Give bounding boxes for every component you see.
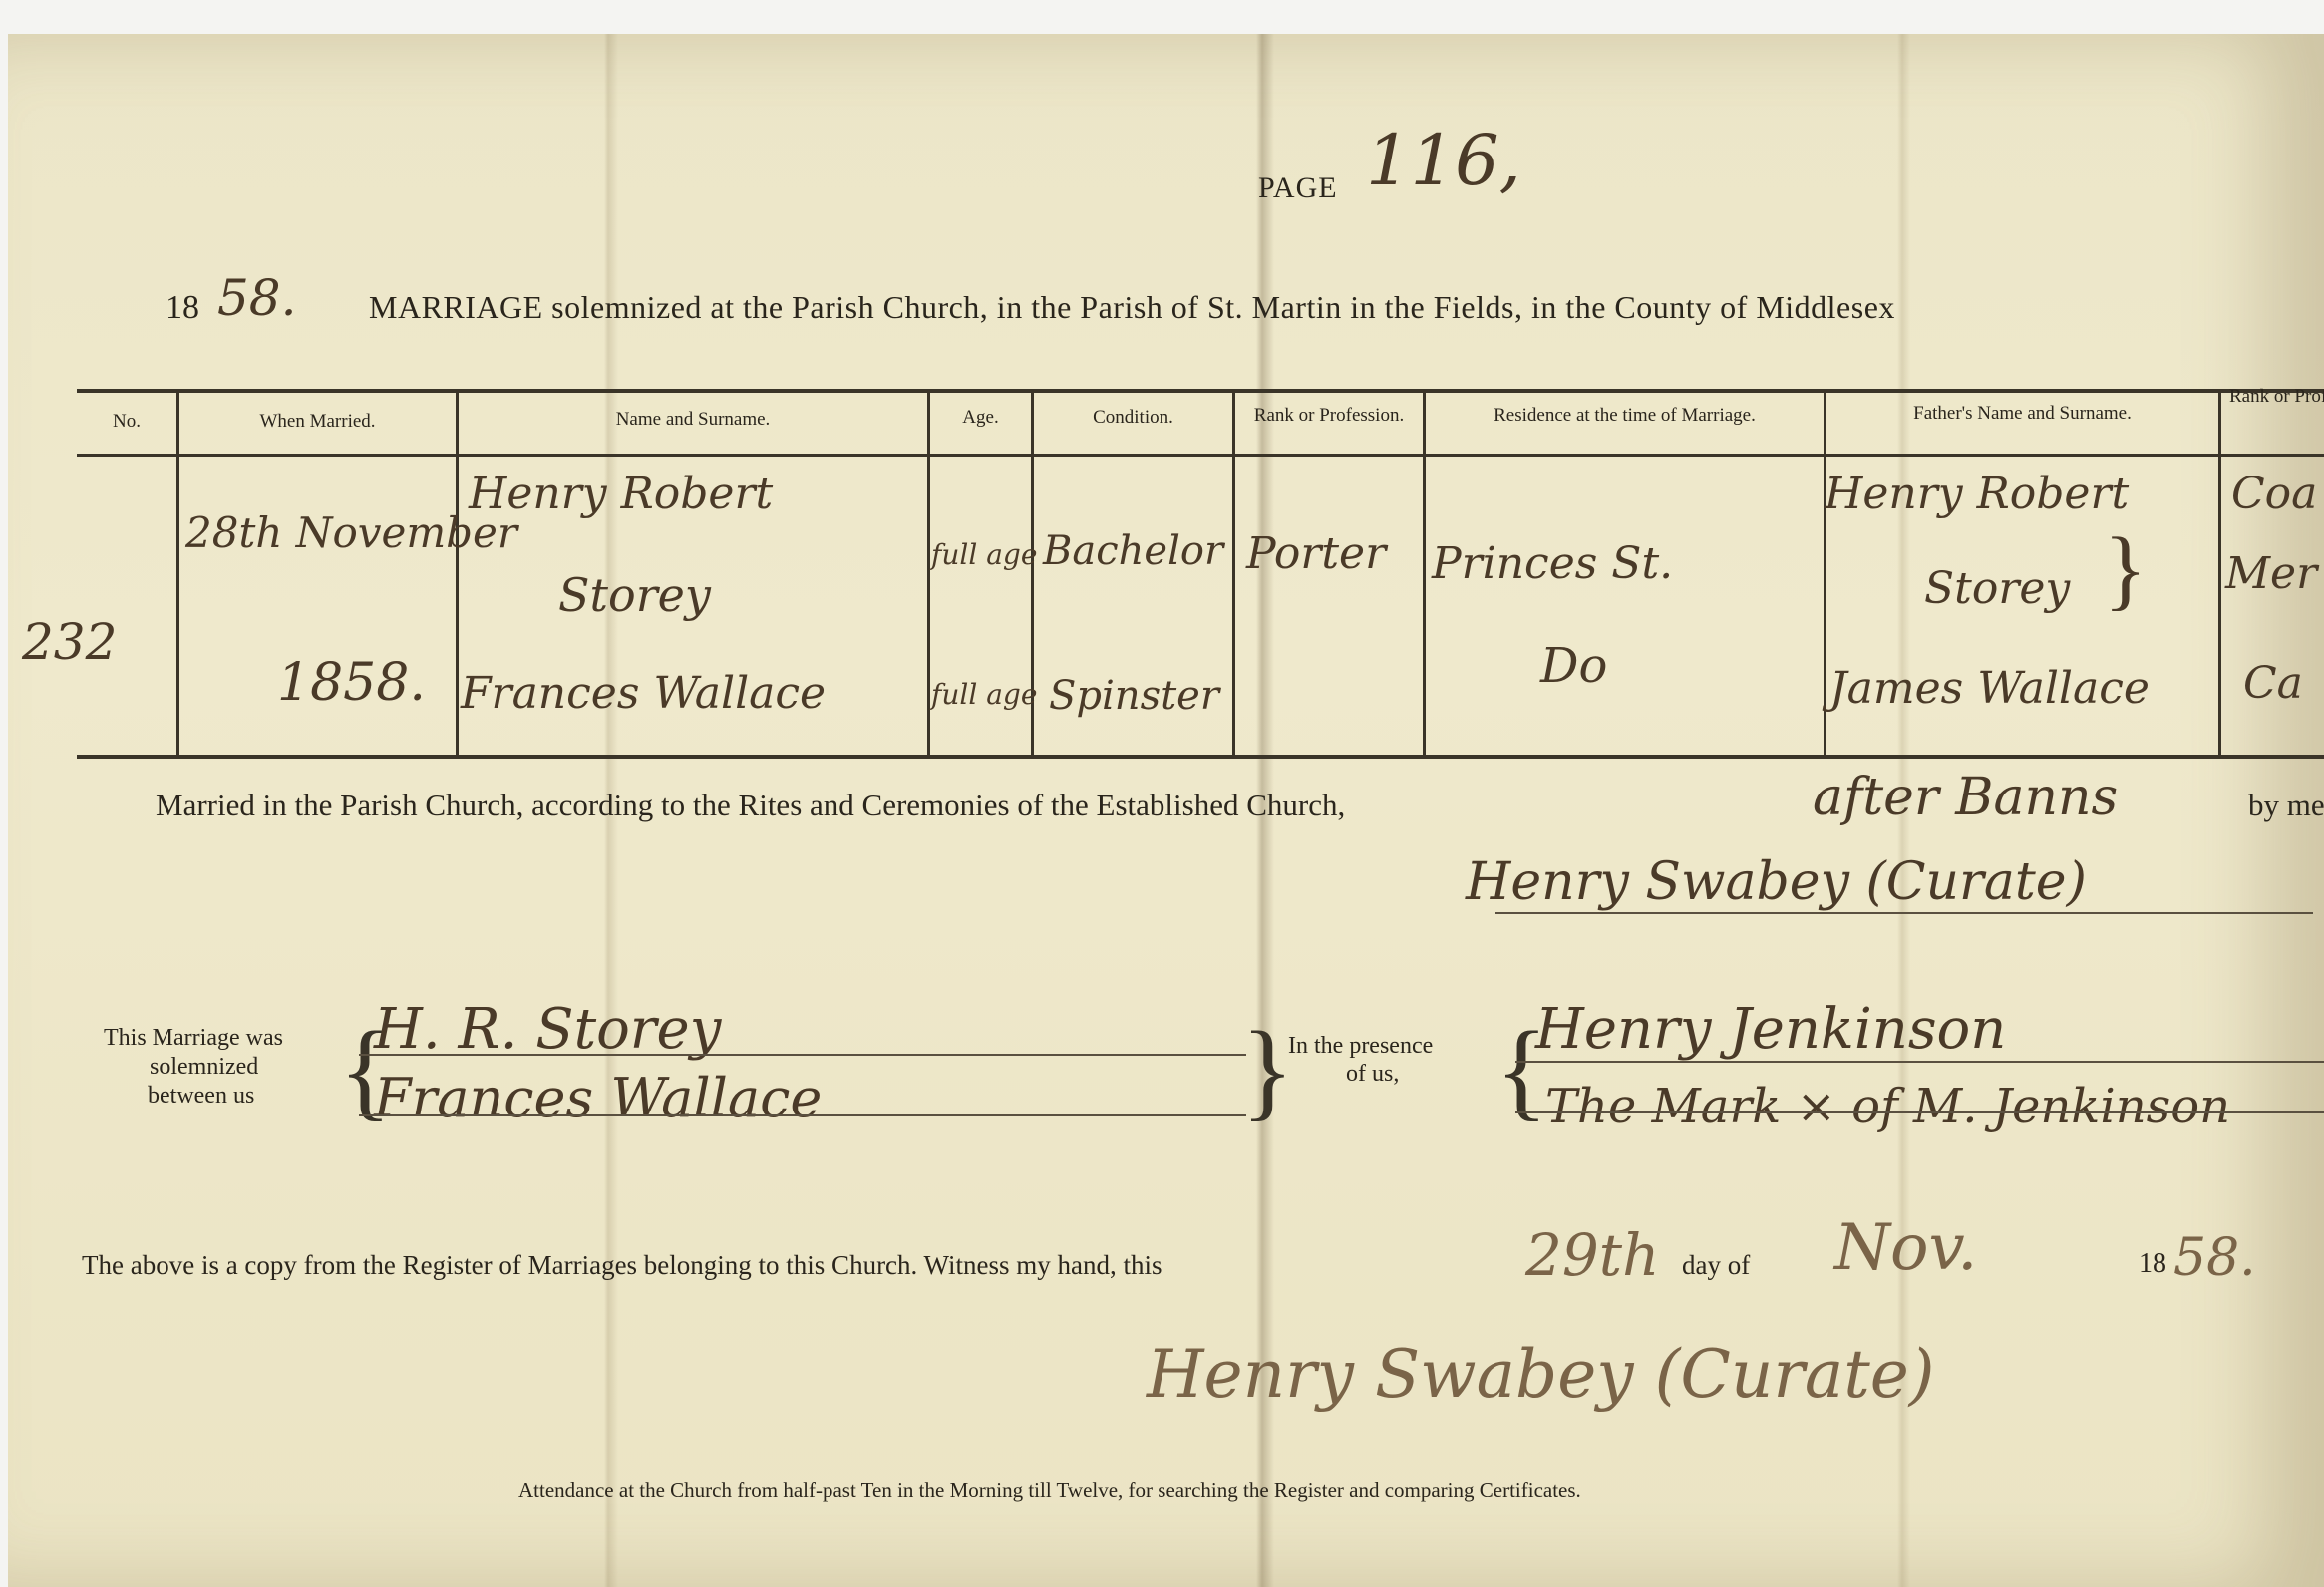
groom-age: full age (931, 538, 1037, 571)
groom-father-line1: Henry Robert (1825, 469, 2129, 519)
bride-age: full age (931, 678, 1037, 711)
groom-signature: H. R. Storey (374, 997, 721, 1062)
table-header-rule (77, 454, 2324, 457)
header-rank-profession: Rank or Profession. (1235, 405, 1423, 427)
officiant-signature: Henry Swabey (Curate) (1466, 852, 2087, 912)
page-number: 116, (1366, 120, 1521, 201)
solemnized-label-3: between us (148, 1083, 254, 1110)
header-no: No. (77, 411, 176, 433)
entry-number: 232 (22, 613, 117, 671)
header-residence: Residence at the time of Marriage. (1426, 405, 1824, 427)
col-divider (456, 393, 459, 755)
solemnized-brace-right: } (1241, 1007, 1294, 1133)
presence-label-1: In the presence (1288, 1033, 1433, 1060)
header-age: Age. (930, 407, 1031, 429)
col-divider (1232, 393, 1235, 755)
bride-name: Frances Wallace (461, 668, 826, 719)
witness2-line (1515, 1111, 2324, 1113)
title-year-suffix: 58. (217, 269, 297, 327)
groom-name-line1: Henry Robert (469, 469, 773, 519)
bride-signature: Frances Wallace (374, 1067, 822, 1129)
groom-profession: Porter (1246, 528, 1386, 579)
groom-residence: Princes St. (1432, 538, 1673, 589)
col-divider (2218, 393, 2221, 755)
certifier-signature: Henry Swabey (Curate) (1147, 1336, 1935, 1413)
attendance-footer: Attendance at the Church from half-past … (518, 1478, 1581, 1503)
certified-day: 29th (1525, 1221, 1659, 1289)
header-name-surname: Name and Surname. (459, 409, 927, 431)
header-father-rank: Rank or Profession of Father. (2221, 385, 2324, 409)
page-label: PAGE (1258, 171, 1338, 205)
married-statement-end: by me, (2248, 788, 2324, 823)
bride-residence: Do (1540, 638, 1607, 694)
groom-name-line2: Storey (558, 568, 711, 622)
col-divider (927, 393, 930, 755)
certified-year-prefix: 18 (2139, 1248, 2166, 1280)
bride-condition: Spinster (1049, 673, 1219, 719)
groom-signature-line (359, 1054, 1246, 1056)
presence-label-2: of us, (1346, 1061, 1399, 1088)
father-brace: } (2104, 518, 2147, 621)
banns-handwritten: after Banns (1813, 768, 2118, 827)
table-bottom-rule (77, 755, 2324, 759)
col-divider (1824, 393, 1826, 755)
col-divider (1423, 393, 1426, 755)
bride-father: James Wallace (1829, 663, 2150, 714)
bride-father-rank: Ca (2243, 658, 2303, 709)
header-father-name: Father's Name and Surname. (1826, 403, 2218, 425)
header-condition: Condition. (1034, 407, 1232, 429)
document-title: MARRIAGE solemnized at the Parish Church… (369, 289, 1895, 326)
bride-signature-line (359, 1114, 1246, 1116)
certified-year-suffix: 58. (2173, 1228, 2256, 1288)
day-of-label: day of (1682, 1250, 1750, 1281)
entry-date-year: 1858. (277, 653, 426, 713)
copy-statement: The above is a copy from the Register of… (82, 1250, 1162, 1281)
witness1-signature: Henry Jenkinson (1535, 997, 2006, 1062)
solemnized-label-2: solemnized (150, 1054, 258, 1081)
groom-father-rank-line1: Coa (2231, 469, 2317, 519)
groom-condition: Bachelor (1043, 528, 1223, 574)
col-divider (176, 393, 179, 755)
solemnized-label-1: This Marriage was (104, 1025, 283, 1052)
title-year-prefix: 18 (166, 289, 199, 327)
witness2-signature: The Mark × of M. Jenkinson (1545, 1079, 2230, 1134)
officiant-signature-line (1495, 912, 2313, 914)
groom-father-line2: Storey (1924, 563, 2070, 614)
married-statement: Married in the Parish Church, according … (156, 788, 1345, 823)
header-when-married: When Married. (179, 411, 456, 433)
witness1-line (1515, 1061, 2324, 1063)
certified-month: Nov. (1834, 1211, 1977, 1285)
table-top-rule (77, 389, 2324, 393)
groom-father-rank-line2: Mer (2225, 548, 2317, 599)
